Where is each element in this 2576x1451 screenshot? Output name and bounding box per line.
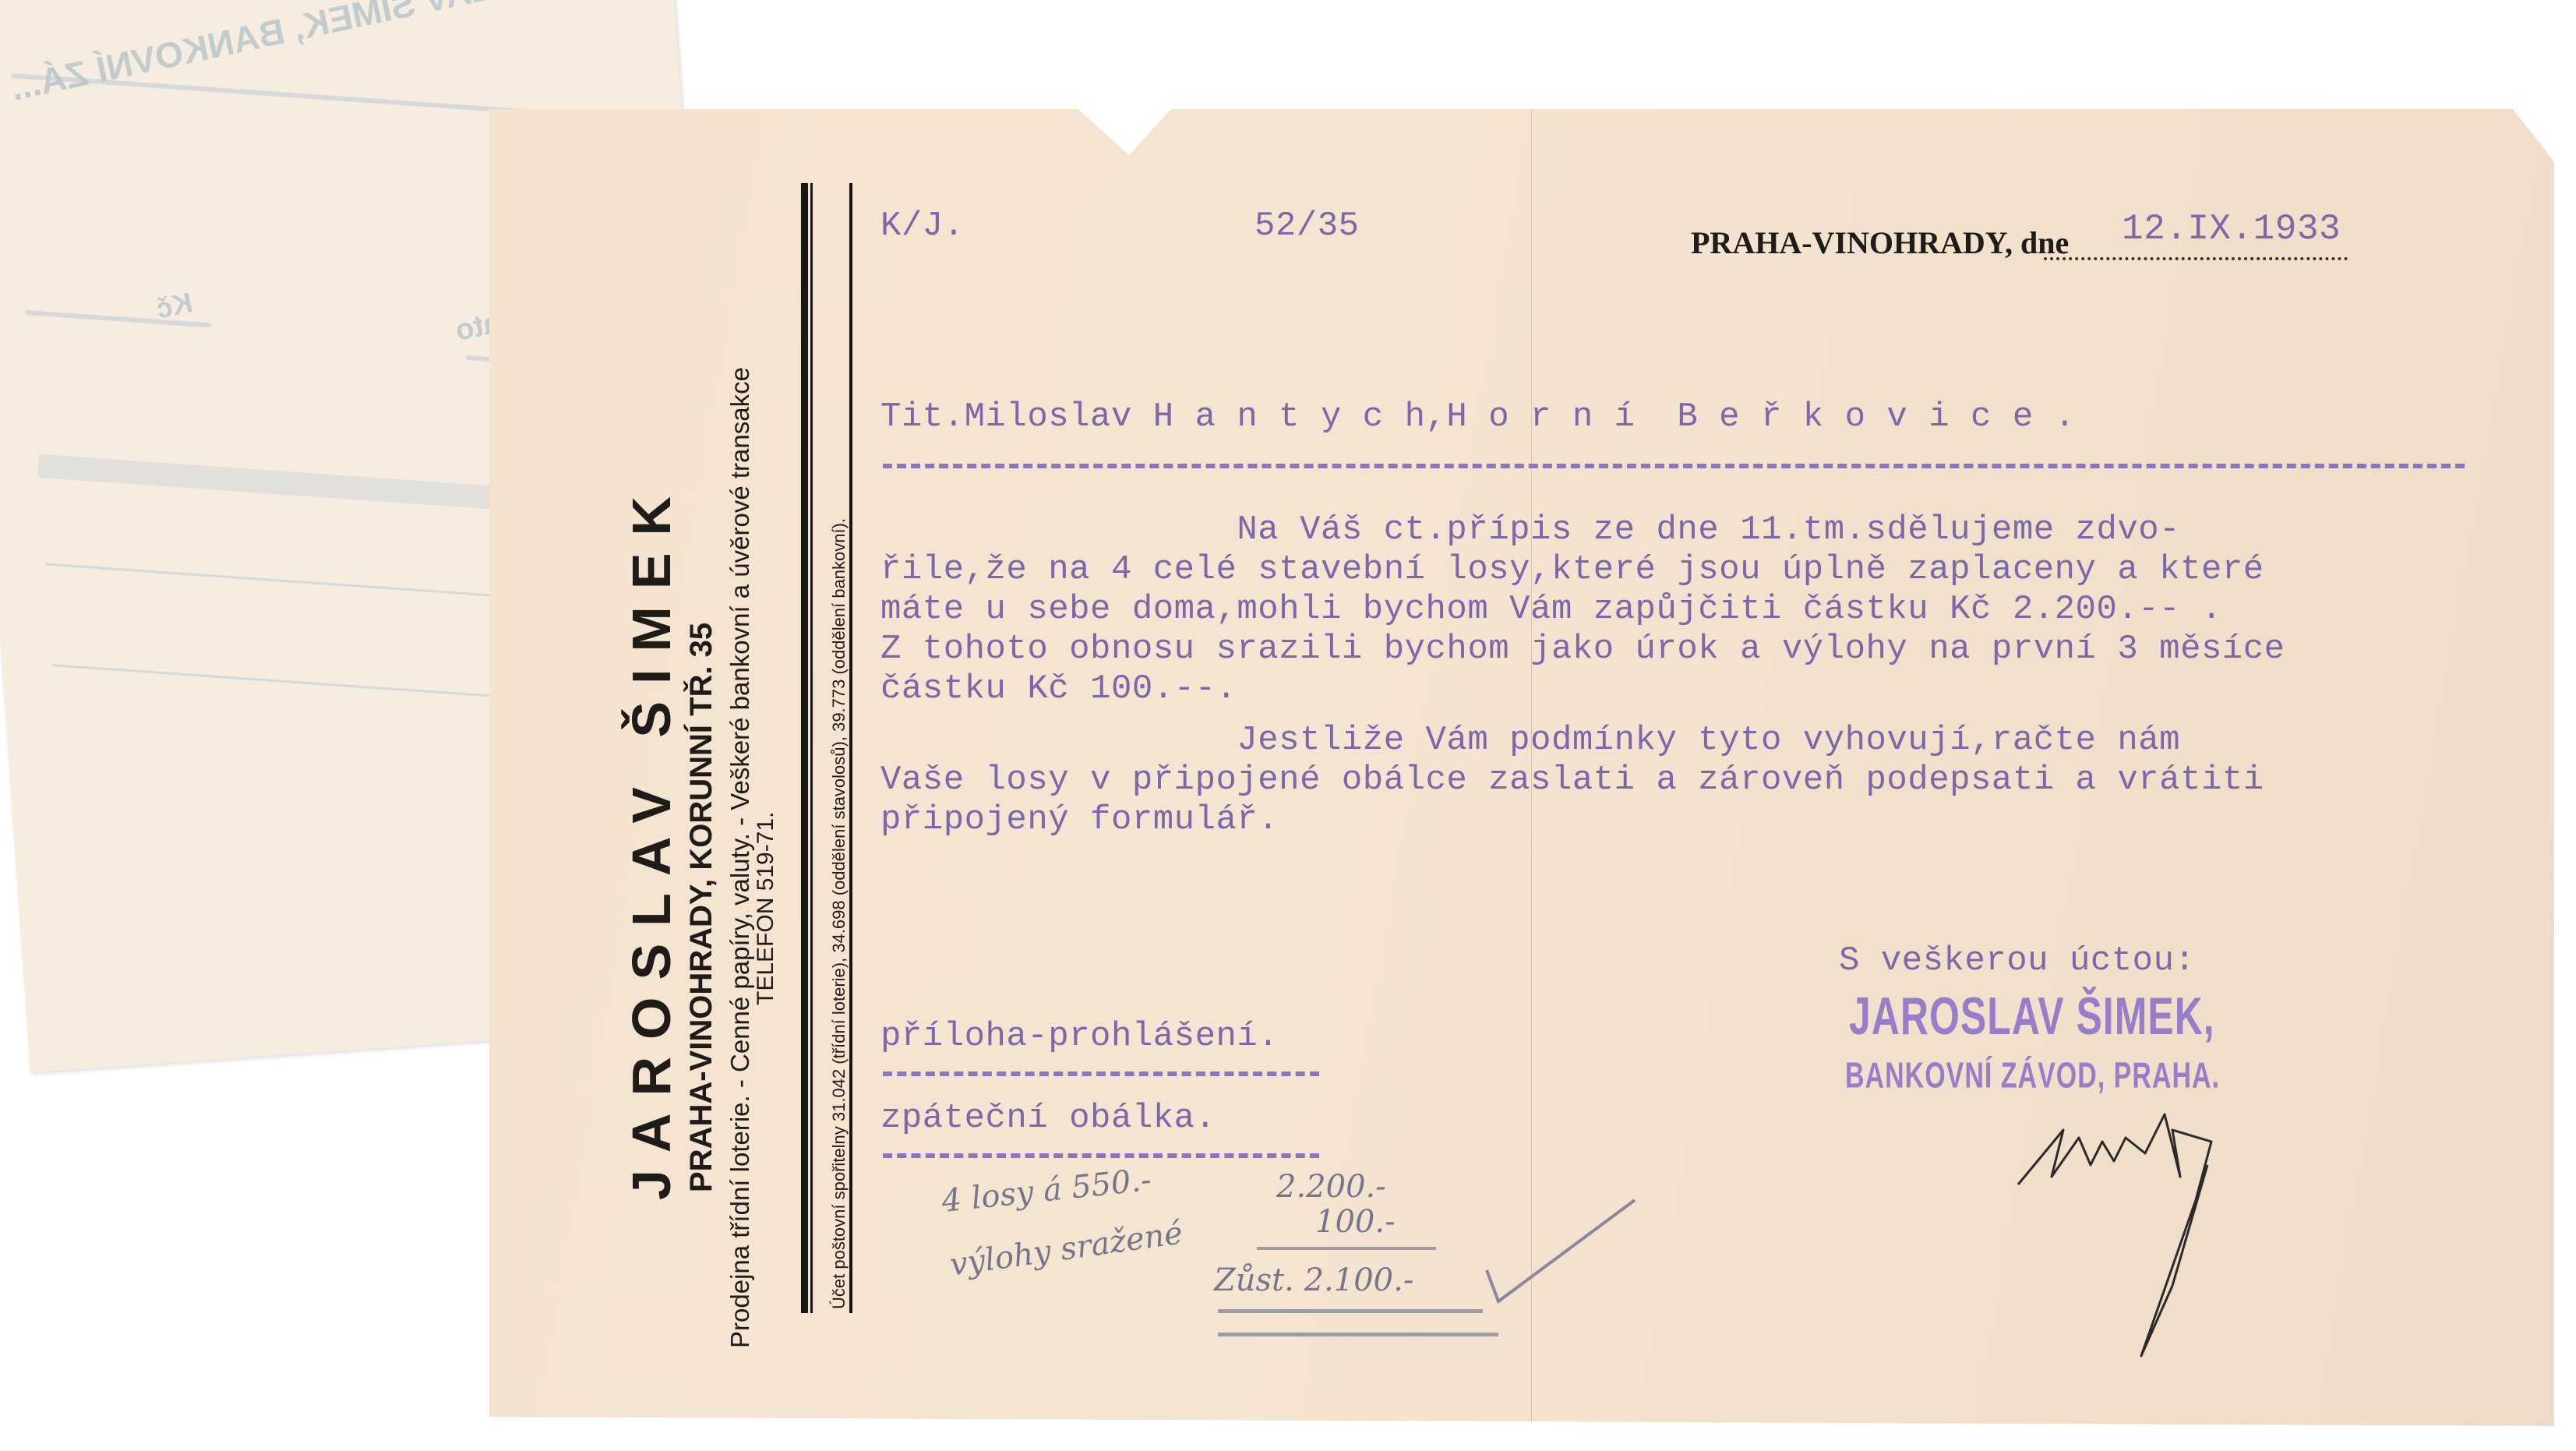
enclosure-underline-2 bbox=[883, 1153, 1319, 1158]
letterhead-company-name: JAROSLAV ŠIMEK bbox=[620, 479, 683, 1200]
letterhead-rule-thin bbox=[810, 183, 813, 1313]
body-line: Jestliže Vám podmínky tyto vyhovují,račt… bbox=[880, 721, 2180, 760]
letterhead-account-info: Účet poštovní spořitelny 31.042 (třídní … bbox=[829, 518, 849, 1309]
enclosure-declaration: příloha-prohlášení. bbox=[880, 1017, 1279, 1056]
pencil-note-deduction: 100.- bbox=[1315, 1204, 1396, 1240]
company-stamp-subtitle: BANKOVNÍ ZÁVOD, PRAHA. bbox=[1845, 1056, 2220, 1097]
letter-date: 12.IX.1933 bbox=[2122, 209, 2341, 249]
pencil-total-underline-2 bbox=[1218, 1333, 1498, 1336]
closing-greeting: S veškerou úctou: bbox=[1839, 941, 2195, 980]
place-label: PRAHA-VINOHRADY, dne bbox=[1691, 224, 2069, 261]
pencil-note-total: Zůst. 2.100.- bbox=[1214, 1262, 1413, 1298]
checkmark-icon bbox=[1483, 1196, 1639, 1305]
enclosure-underline-1 bbox=[883, 1071, 1319, 1076]
letterhead-address: PRAHA-VINOHRADY, KORUNNÍ TŘ. 35 bbox=[684, 623, 719, 1192]
date-dotted-line bbox=[2044, 257, 2348, 260]
checkmark-stroke bbox=[1487, 1200, 1635, 1301]
document-number: 52/35 bbox=[1254, 207, 1360, 245]
letterhead-telephone: TELEFON 519-71. bbox=[753, 812, 779, 1005]
signature-icon bbox=[2017, 1107, 2250, 1387]
letterhead-description: Prodejna třídní loterie. - Cenné papíry,… bbox=[725, 367, 755, 1348]
letterhead-rule-thick bbox=[801, 183, 808, 1313]
signature-stroke bbox=[2018, 1114, 2211, 1356]
pencil-note-lots: 4 losy á 550.- bbox=[940, 1162, 1152, 1220]
body-line: Z tohoto obnosu srazili bychom jako úrok… bbox=[880, 630, 2285, 669]
letter-sheet: JAROSLAV ŠIMEK PRAHA-VINOHRADY, KORUNNÍ … bbox=[489, 109, 2554, 1426]
recipient-line: Tit.Miloslav H a n t y c h,H o r n í B e… bbox=[880, 397, 2076, 436]
letterhead-rule-right bbox=[849, 183, 852, 1313]
pencil-note-fees: výlohy sražené bbox=[947, 1215, 1184, 1283]
pencil-total-underline-1 bbox=[1218, 1309, 1483, 1313]
body-line: řile,že na 4 celé stavební losy,které js… bbox=[880, 550, 2264, 589]
body-line: Vaše losy v připojené obálce zaslati a z… bbox=[880, 761, 2264, 800]
body-line: máte u sebe doma,mohli bychom Vám zapůjč… bbox=[880, 590, 2222, 629]
pencil-sum-line bbox=[1257, 1247, 1436, 1250]
recipient-dashed-underline bbox=[883, 464, 2465, 468]
body-line: Na Váš ct.přípis ze dne 11.tm.sdělujeme … bbox=[880, 510, 2180, 549]
enclosure-return-envelope: zpáteční obálka. bbox=[880, 1099, 1216, 1138]
reference-code: K/J. bbox=[880, 207, 965, 245]
pencil-note-amount: 2.200.- bbox=[1276, 1169, 1386, 1205]
company-stamp-name: JAROSLAV ŠIMEK, bbox=[1849, 986, 2215, 1047]
body-line: připojený formulář. bbox=[880, 800, 1279, 839]
body-line: částku Kč 100.--. bbox=[880, 669, 1237, 708]
